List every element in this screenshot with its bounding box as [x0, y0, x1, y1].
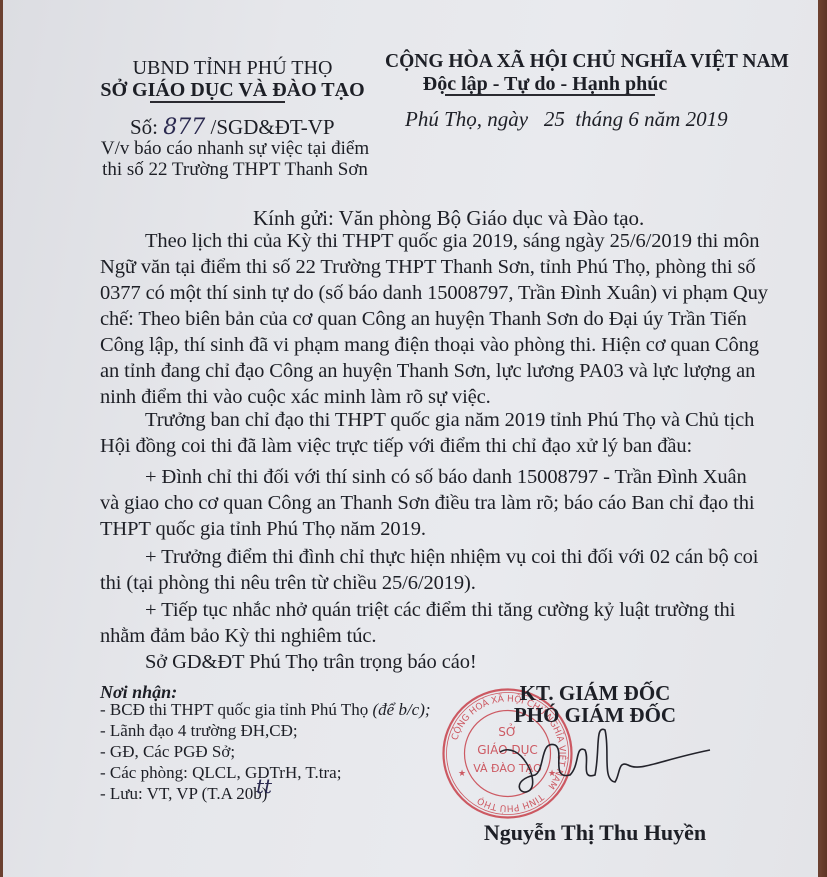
body-line: THPT quốc gia tỉnh Phú Thọ năm 2019.	[100, 516, 426, 542]
recipient-text: - Lãnh đạo 4 trường ĐH,CĐ;	[100, 721, 298, 740]
body-line: 0377 có một thí sinh tự do (số báo danh …	[100, 280, 768, 306]
handwritten-initials: tt	[256, 774, 272, 798]
recipient-text: - Các phòng: QLCL, GDTrH, T.tra;	[100, 763, 341, 782]
signatory-name: Nguyễn Thị Thu Huyền	[470, 820, 720, 846]
recipient-item: - GĐ, Các PGĐ Sở;	[100, 742, 235, 762]
subject-line-1: V/v báo cáo nhanh sự việc tại điểm	[95, 138, 375, 160]
body-line: thi (tại phòng thi nêu trên từ chiều 25/…	[100, 570, 476, 596]
motto-underline	[445, 94, 655, 96]
document-date: Phú Thọ, ngày 25 tháng 6 năm 2019	[405, 106, 728, 132]
body-line: + Trưởng điểm thi đình chỉ thực hiện nhi…	[145, 544, 758, 570]
recipient-text: - BCĐ thi THPT quốc gia tỉnh Phú Thọ	[100, 700, 373, 719]
body-line: + Đình chỉ thi đối với thí sinh có số bá…	[145, 464, 747, 490]
document-number: Số: 877 /SGD&ĐT-VP	[130, 114, 335, 141]
body-line: Trưởng ban chỉ đạo thi THPT quốc gia năm…	[145, 407, 754, 433]
body-line: Theo lịch thi của Kỳ thi THPT quốc gia 2…	[145, 228, 759, 254]
body-line: Ngữ văn tại điểm thi số 22 Trường THPT T…	[100, 254, 756, 280]
department-name: SỞ GIÁO DỤC VÀ ĐÀO TẠO	[100, 77, 365, 103]
recipient-item: - BCĐ thi THPT quốc gia tỉnh Phú Thọ (để…	[100, 700, 431, 720]
doc-number-suffix: /SGD&ĐT-VP	[211, 115, 335, 139]
handwritten-signature-icon	[490, 720, 740, 800]
body-line: + Tiếp tục nhắc nhở quán triệt các điểm …	[145, 597, 735, 623]
subject-line-2: thi số 22 Trường THPT Thanh Sơn	[95, 159, 375, 181]
body-line: Hội đồng coi thi đã làm việc trực tiếp v…	[100, 433, 692, 459]
recipient-item: - Lãnh đạo 4 trường ĐH,CĐ;	[100, 721, 298, 741]
recipient-text: - Lưu: VT, VP (T.A 20b)	[100, 784, 267, 803]
svg-text:★: ★	[458, 769, 466, 779]
body-line: Sở GD&ĐT Phú Thọ trân trọng báo cáo!	[145, 649, 477, 675]
body-line: Công lập, thí sinh đã vi phạm mang điện …	[100, 332, 759, 358]
body-line: chế: Theo biên bản của cơ quan Công an h…	[100, 306, 747, 332]
body-line: nhằm đảm bảo Kỳ thi nghiêm túc.	[100, 623, 376, 649]
signatory-title-1: KT. GIÁM ĐỐC	[470, 681, 720, 705]
recipient-item: - Lưu: VT, VP (T.A 20b)	[100, 784, 267, 804]
body-line: an tỉnh đang chỉ đạo Công an huyện Thanh…	[100, 358, 755, 384]
recipient-note: (để b/c);	[373, 700, 431, 719]
body-line: và giao cho cơ quan Công an Thanh Sơn đi…	[100, 490, 755, 516]
doc-number-prefix: Số:	[130, 115, 158, 139]
recipient-text: - GĐ, Các PGĐ Sở;	[100, 742, 235, 761]
recipient-item: - Các phòng: QLCL, GDTrH, T.tra;	[100, 763, 341, 783]
doc-number-handwritten: 877	[163, 115, 205, 140]
department-underline	[150, 101, 285, 103]
